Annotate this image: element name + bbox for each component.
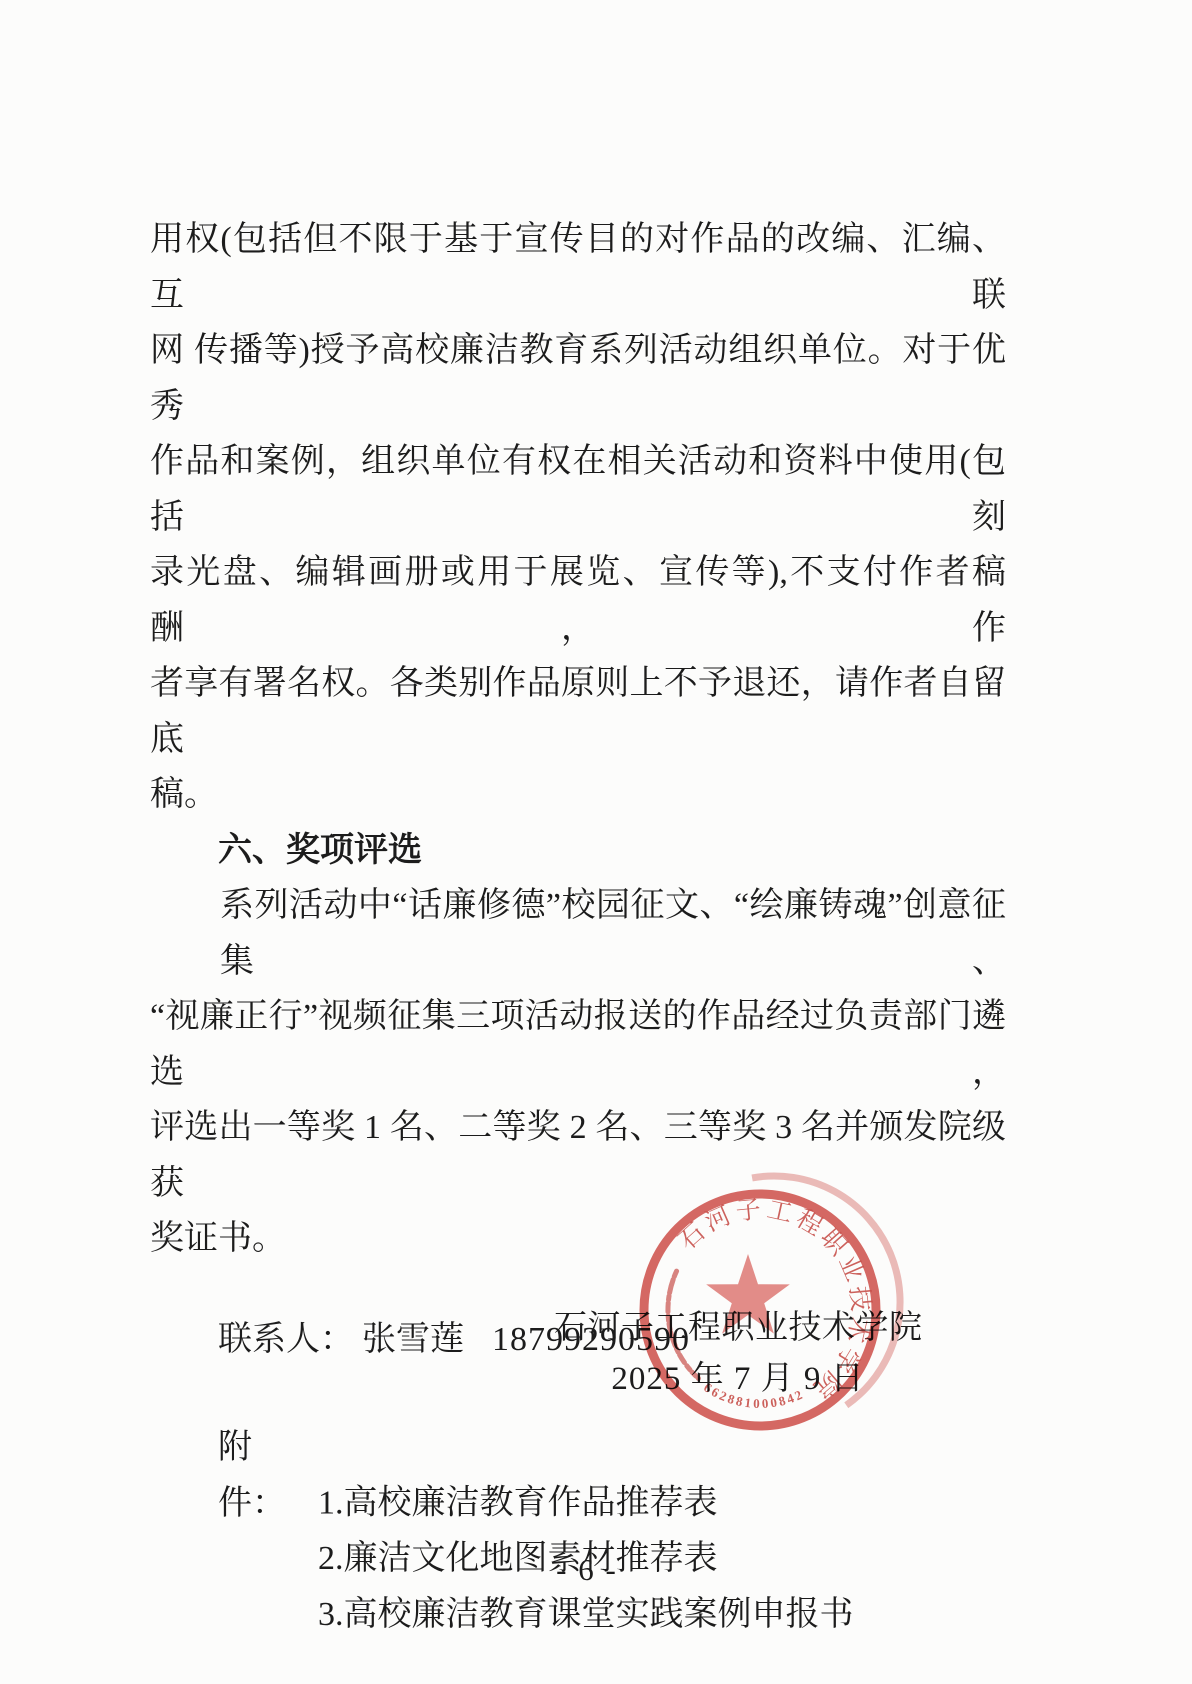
attachments-block: 附件：1.高校廉洁教育作品推荐表 2.廉洁文化地图素材推荐表 3.高校廉洁教育课… [150,1420,1006,1642]
attachment-item-1: 1.高校廉洁教育作品推荐表 [318,1485,718,1522]
body-text-line: 网 传播等)授予高校廉洁教育系列活动组织单位。对于优秀 [150,323,1006,434]
body-text-line: 系列活动中“话廉修德”校园征文、“绘廉铸魂”创意征集、 [150,878,1006,989]
body-text-line: 用权(包括但不限于基于宣传目的对作品的改编、汇编、互联 [150,212,1006,323]
section-heading-awards: 六、奖项评选 [150,823,1006,879]
body-text-line: 奖证书。 [150,1211,1006,1267]
body-text-line: “视廉正行”视频征集三项活动报送的作品经过负责部门遴选， [150,989,1006,1100]
contact-label: 联系人： [218,1321,354,1358]
body-text-line: 者享有署名权。各类别作品原则上不予退还，请作者自留底 [150,656,1006,767]
document-page: 用权(包括但不限于基于宣传目的对作品的改编、汇编、互联 网 传播等)授予高校廉洁… [0,0,1192,1684]
signature-date: 2025 年 7 月 9 日 [554,1356,922,1402]
attachments-label: 附件： [218,1420,318,1531]
attachment-item-3: 3.高校廉洁教育课堂实践案例申报书 [150,1587,1006,1643]
body-text-line: 录光盘、编辑画册或用于展览、宣传等),不支付作者稿酬，作 [150,545,1006,656]
attachment-line: 附件：1.高校廉洁教育作品推荐表 [150,1420,1006,1531]
body-text-line: 作品和案例，组织单位有权在相关活动和资料中使用(包括刻 [150,434,1006,545]
signature-institution: 石河子工程职业技术学院 [554,1305,922,1351]
body-text-line: 评选出一等奖 1 名、二等奖 2 名、三等奖 3 名并颁发院级获 [150,1100,1006,1211]
document-body: 用权(包括但不限于基于宣传目的对作品的改编、汇编、互联 网 传播等)授予高校廉洁… [150,212,1006,1642]
page-number: - 6 - [0,1552,1174,1588]
contact-name: 张雪莲 [362,1321,464,1358]
body-text-line: 稿。 [150,767,1006,823]
